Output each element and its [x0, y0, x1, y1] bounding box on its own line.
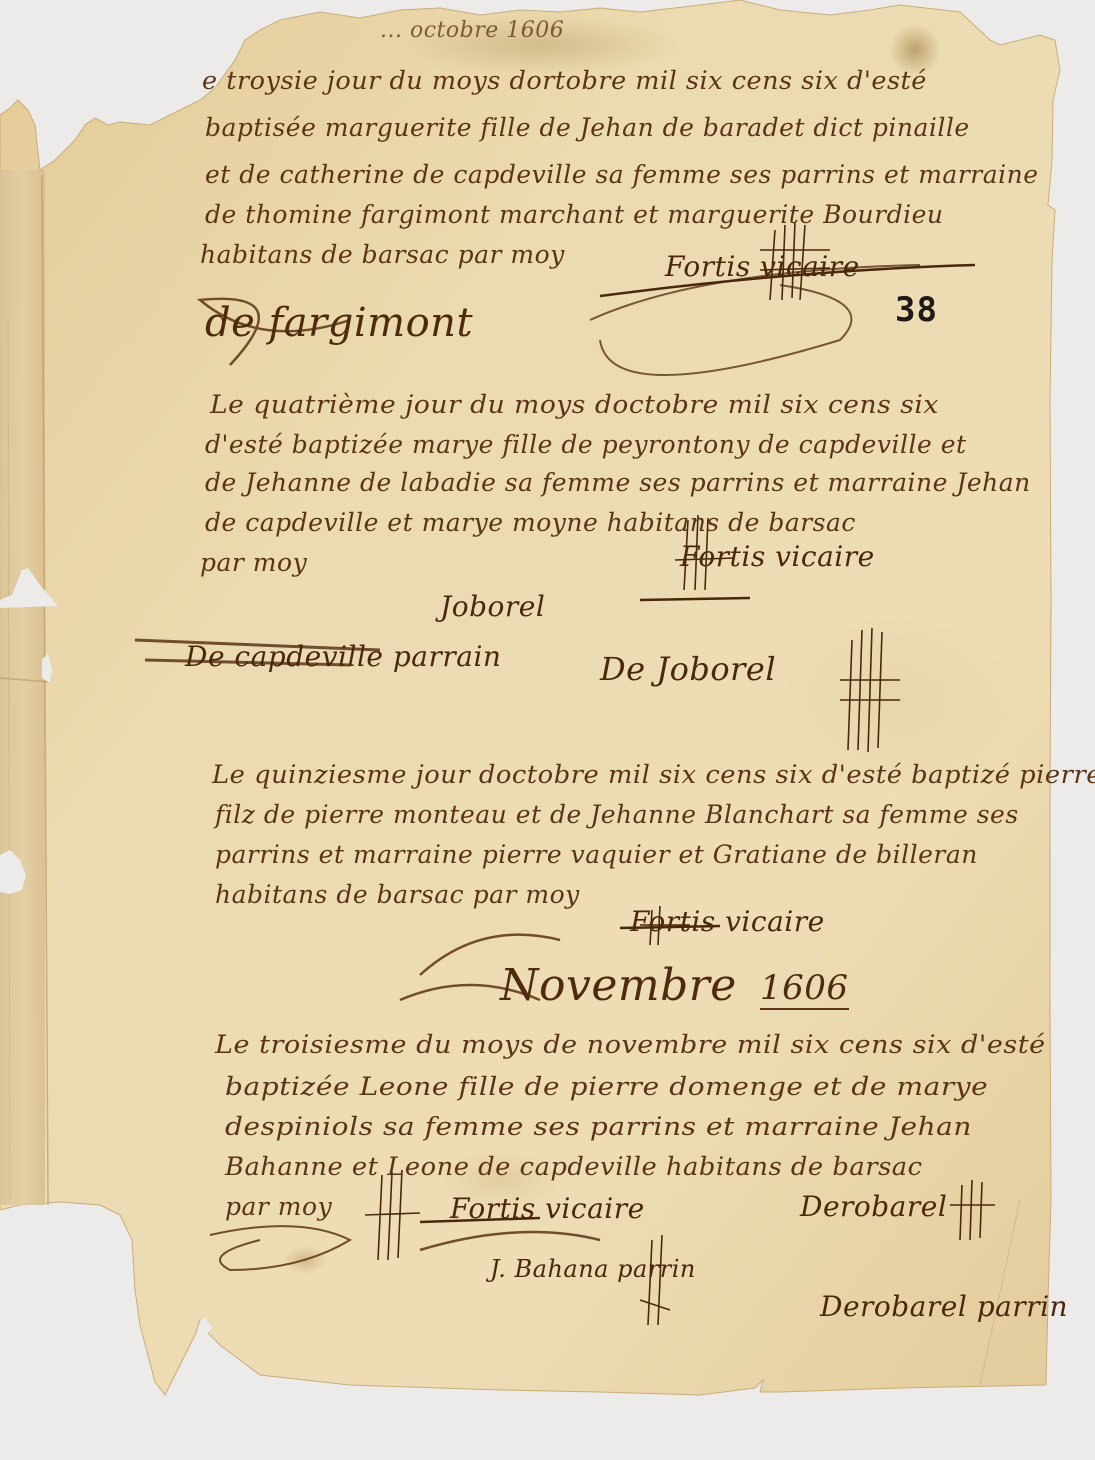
header-month-year: ... octobre 1606 [380, 18, 564, 43]
entry-3-line-3: parrins et marraine pierre vaquier et Gr… [215, 840, 978, 869]
month-heading-year: 1606 [760, 968, 849, 1010]
entry-4-line-1: Le troisiesme du moys de novembre mil si… [215, 1030, 1046, 1059]
entry-4-witness-1: Derobarel [800, 1190, 947, 1223]
entry-2-line-4: de capdeville et marye moyne habitans de… [205, 508, 856, 537]
entry-1-line-2: baptisée marguerite fille de Jehan de ba… [205, 113, 970, 142]
fold-strip [0, 170, 45, 1205]
entry-4-witness-3: Derobarel parrin [820, 1290, 1068, 1323]
folio-number: 38 [895, 290, 938, 330]
entry-3-signature: Fortis vicaire [630, 905, 825, 938]
entry-2-witness-3: De Joborel [600, 650, 776, 688]
entry-4-line-2: baptizée Leone fille de pierre domenge e… [225, 1072, 988, 1101]
entry-3-line-2: filz de pierre monteau et de Jehanne Bla… [215, 800, 1019, 829]
entry-4-line-5: par moy [225, 1192, 332, 1221]
entry-1-margin-name: de fargimont [205, 300, 473, 346]
entry-2-line-2: d'esté baptizée marye fille de peyronton… [205, 430, 967, 459]
entry-1-line-4: de thomine fargimont marchant et marguer… [205, 200, 943, 229]
entry-2-witness-2: De capdeville parrain [185, 640, 501, 673]
entry-1-signature: Fortis vicaire [665, 250, 860, 283]
entry-2-line-1: Le quatrième jour du moys doctobre mil s… [210, 390, 939, 419]
entry-1-line-5: habitans de barsac par moy [200, 240, 565, 269]
entry-4-witness-2: J. Bahana parrin [490, 1255, 696, 1283]
month-heading-november: Novembre [500, 960, 737, 1011]
entry-2-signature: Fortis vicaire [680, 540, 875, 573]
entry-4-line-3: despiniols sa femme ses parrins et marra… [225, 1112, 972, 1141]
entry-4-signature: Fortis vicaire [450, 1192, 645, 1225]
entry-2-witness-1: Joborel [440, 590, 545, 623]
entry-2-line-3: de Jehanne de labadie sa femme ses parri… [205, 468, 1031, 497]
entry-4-line-4: Bahanne et Leone de capdeville habitans … [225, 1152, 923, 1181]
entry-1-line-3: et de catherine de capdeville sa femme s… [205, 160, 1039, 189]
entry-1-line-1: e troysie jour du moys dortobre mil six … [202, 66, 927, 95]
entry-2-line-5: par moy [200, 548, 307, 577]
entry-3-line-4: habitans de barsac par moy [215, 880, 580, 909]
entry-3-line-1: Le quinziesme jour doctobre mil six cens… [212, 760, 1095, 789]
